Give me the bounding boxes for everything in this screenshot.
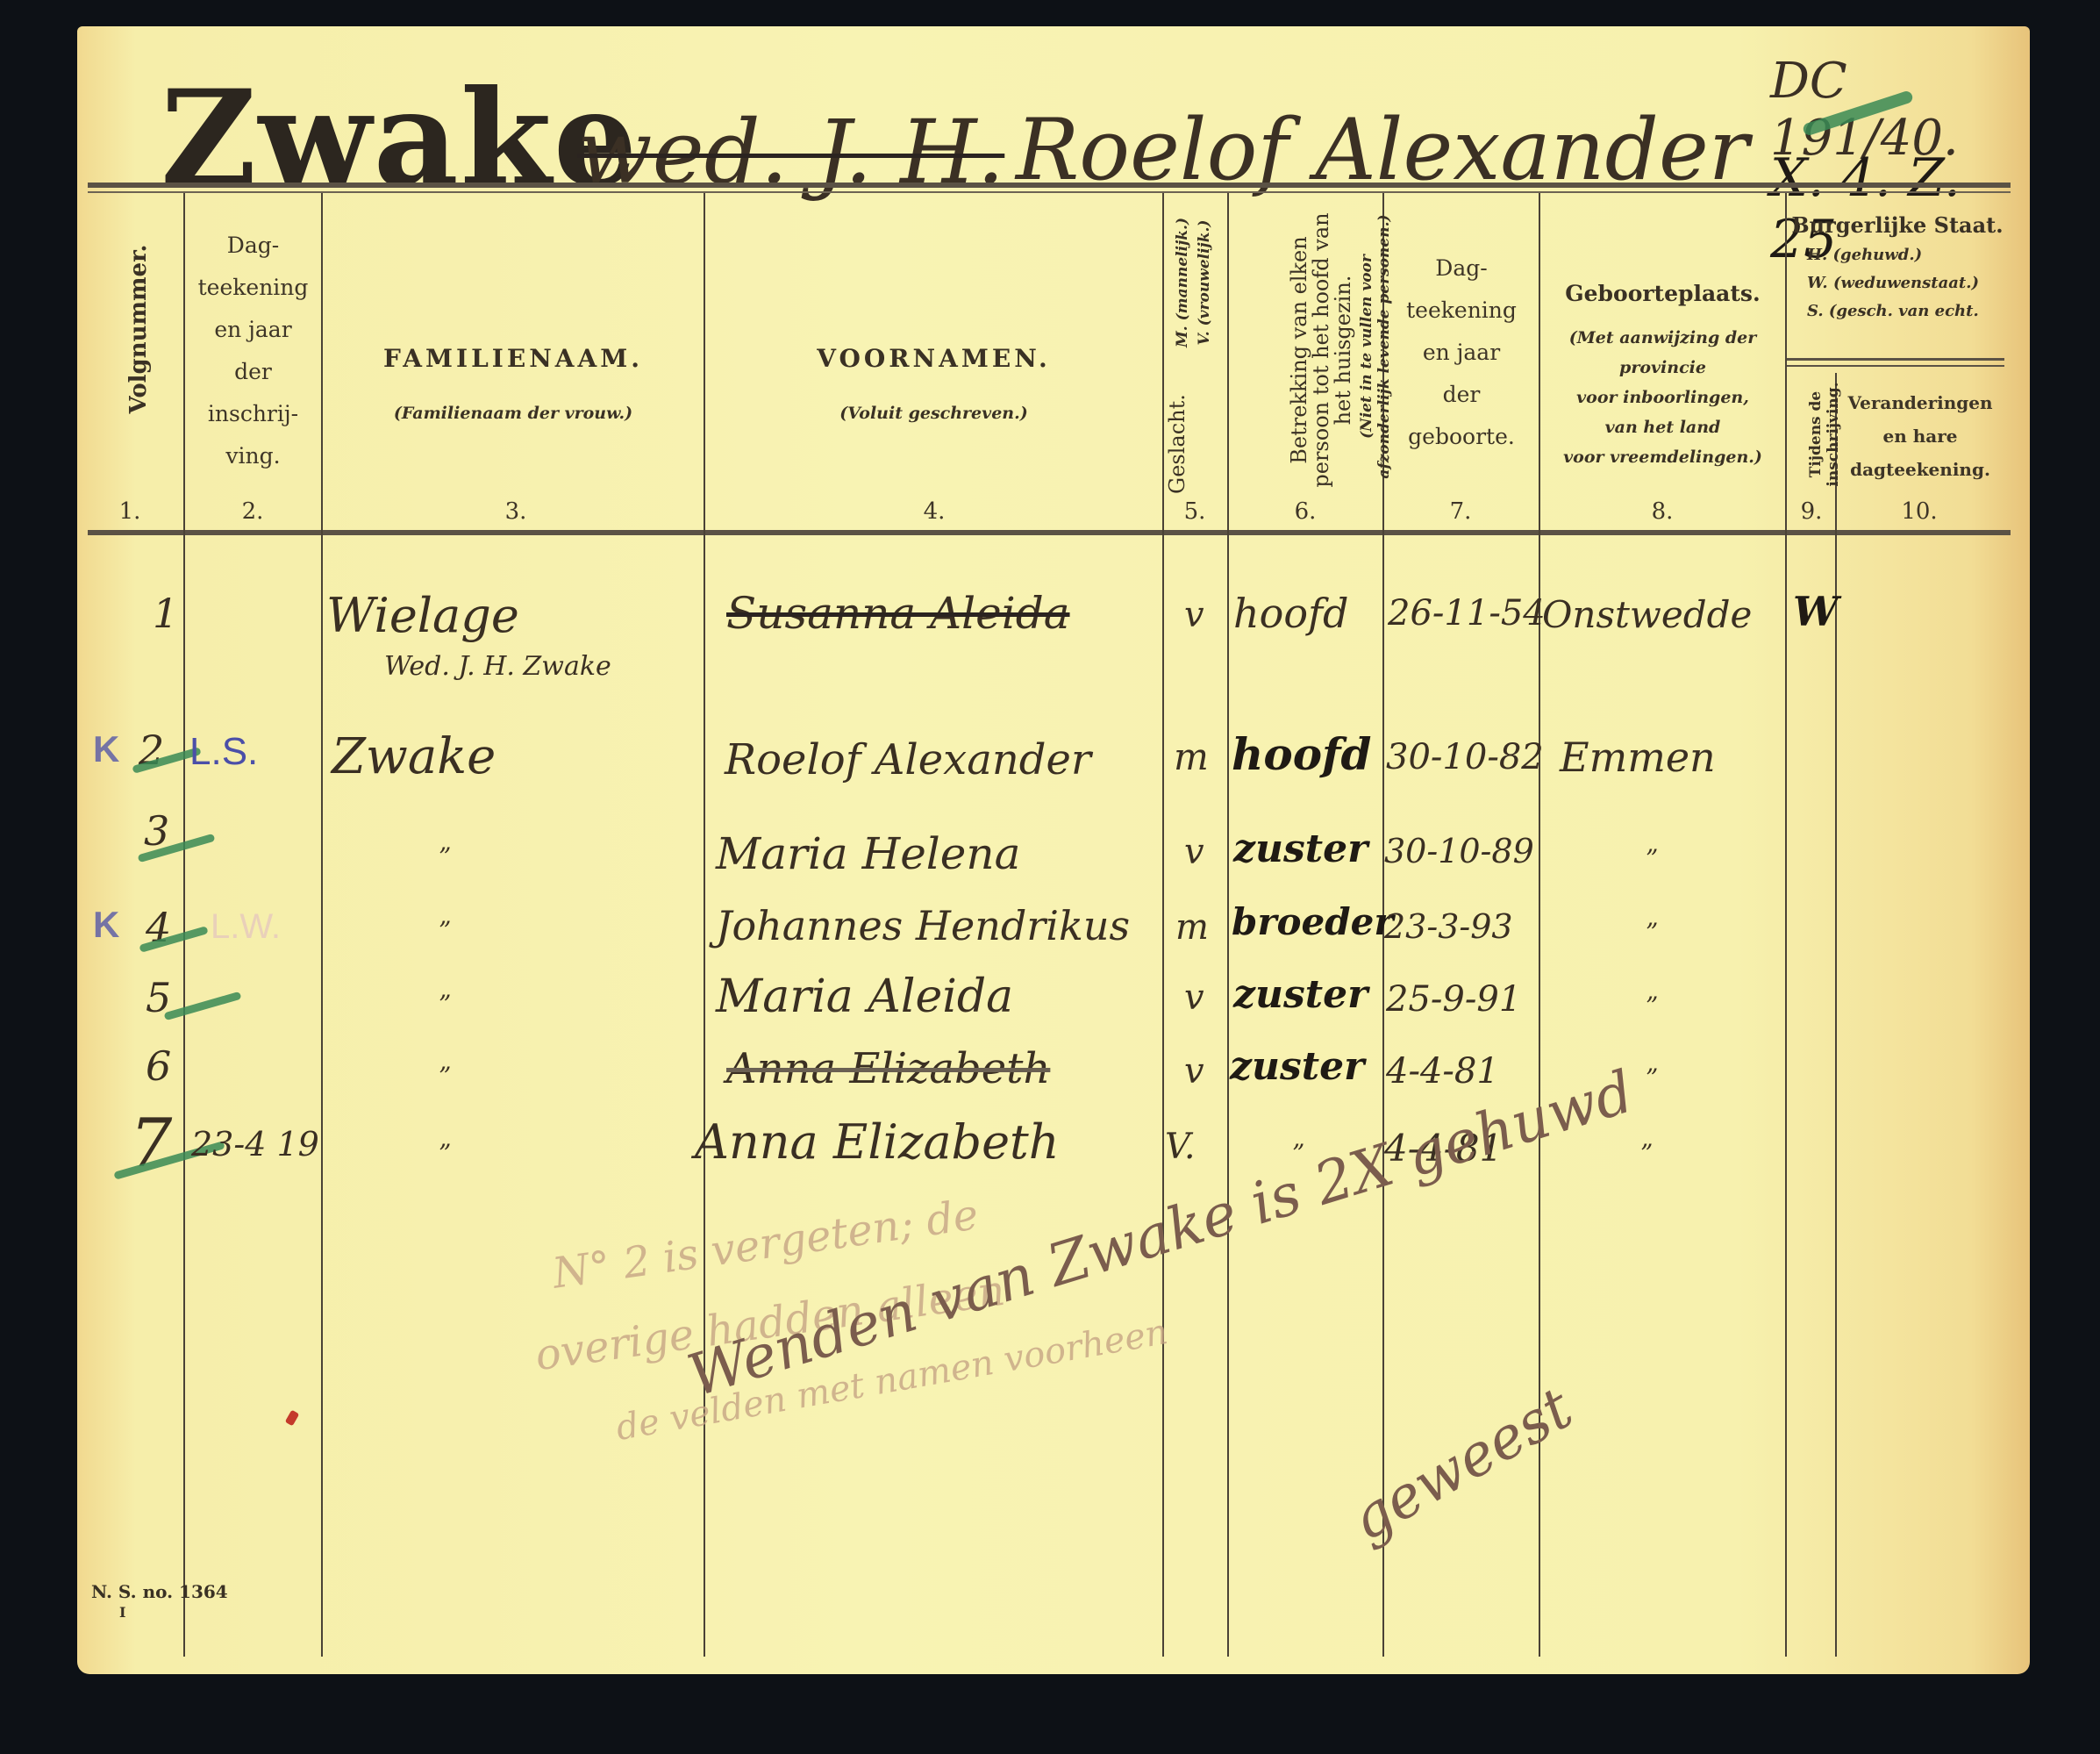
row6-sex: v: [1184, 1051, 1204, 1092]
row5-relation: zuster: [1233, 972, 1368, 1017]
colnum-5: 5.: [1168, 498, 1221, 525]
header-betrekking-3: het huisgezin.: [1331, 192, 1355, 508]
row1-place: Onstwedde: [1542, 593, 1752, 636]
header-familienaam-sub: (Familienaam der vrouw.): [323, 404, 704, 423]
header-status-s: S. (gesch. van echt.: [1807, 302, 1979, 320]
header-status-w: W. (weduwenstaat.): [1807, 274, 1979, 292]
row2-stamp: L.S.: [189, 730, 258, 774]
header-volgnummer: Volgnummer.: [125, 215, 152, 443]
row4-mark: K: [93, 904, 119, 946]
row4-family: ”: [439, 916, 451, 945]
col-divider-9: [1835, 373, 1837, 1657]
red-mark: [285, 1410, 300, 1427]
row2-first: Roelof Alexander: [725, 735, 1091, 784]
colnum-6: 6.: [1279, 498, 1332, 525]
header-betrekking-2: persoon tot het hoofd van: [1309, 192, 1333, 508]
burgerlijke-staat-rule: [1787, 358, 2004, 361]
header-betrekking-note-1: (Niet in te vullen voor: [1358, 189, 1375, 505]
header-burgerlijke-staat: Burgerlijke Staat.: [1788, 212, 2007, 238]
col-divider-8: [1785, 193, 1787, 1657]
header-geslacht: Geslacht.: [1165, 383, 1189, 505]
row6-born: 4-4-81: [1386, 1051, 1499, 1092]
row7-sex: V.: [1165, 1127, 1196, 1167]
header-geboorteplaats-sub: (Met aanwijzing derprovincievoor inboorl…: [1540, 323, 1785, 472]
header-geboorteplaats: Geboorteplaats.: [1540, 281, 1785, 306]
colnum-1: 1.: [104, 498, 156, 525]
row3-first: Maria Helena: [716, 828, 1020, 879]
header-status-h: H. (gehuwd.): [1807, 246, 1922, 264]
colnum-2: 2.: [218, 498, 288, 525]
header-voornamen-sub: (Voluit geschreven.): [705, 404, 1162, 423]
row1-first: Susanna Aleida: [726, 588, 1070, 639]
header-betrekking-1: Betrekking van elken: [1287, 192, 1311, 508]
colnum-8: 8.: [1636, 498, 1689, 525]
header-dagteekening-geboorte: Dag-teekeningen jaar dergeboorte.: [1384, 247, 1539, 458]
row1-born: 26-11-54: [1388, 593, 1546, 634]
row3-sex: v: [1184, 832, 1204, 872]
row4-born: 23-3-93: [1384, 907, 1513, 946]
form-code-sub: I: [119, 1604, 125, 1621]
row6-place: ”: [1646, 1063, 1658, 1092]
row2-family: Zwake: [332, 728, 496, 785]
colnum-10: 10.: [1884, 498, 1954, 525]
row1-family: Wielage: [326, 588, 519, 643]
row6-relation: zuster: [1230, 1044, 1364, 1089]
header-voornamen: VOORNAMEN.: [705, 344, 1162, 373]
form-code: N. S. no. 1364: [91, 1581, 228, 1602]
title-rule: [88, 183, 2011, 188]
colnum-9: 9.: [1788, 498, 1835, 525]
row2-mark: K: [93, 728, 119, 770]
header-rule: [88, 530, 2011, 535]
row5-born: 25-9-91: [1386, 979, 1521, 1020]
row3-family: ”: [439, 842, 451, 871]
row2-sex: m: [1174, 735, 1209, 778]
colnum-7: 7.: [1434, 498, 1487, 525]
row7-date: 23-4 19: [191, 1125, 319, 1163]
row1-sex: v: [1184, 595, 1204, 635]
row6-first: Anna Elizabeth: [726, 1044, 1050, 1093]
row2-place: Emmen: [1560, 734, 1716, 781]
row1-relation: hoofd: [1233, 590, 1349, 637]
header-dagteekening-inschrijving: Dag-teekeningen jaar derinschrij-ving.: [185, 225, 321, 477]
row7-first: Anna Elizabeth: [695, 1114, 1060, 1170]
colnum-3: 3.: [481, 498, 551, 525]
row4-first: Johannes Hendrikus: [716, 902, 1130, 949]
row7-family: ”: [439, 1139, 451, 1168]
col-divider-4: [1162, 193, 1164, 1657]
title-rule-2: [88, 191, 2011, 193]
row4-sex: m: [1175, 907, 1209, 948]
register-card: Zwake wed. J. H. Roelof Alexander DC 191…: [77, 26, 2030, 1674]
row5-first: Maria Aleida: [716, 970, 1013, 1023]
row5-family: ”: [439, 990, 451, 1019]
header-tijdens-1: Tijdens de: [1807, 373, 1825, 496]
row3-relation: zuster: [1233, 827, 1368, 871]
row3-place: ”: [1646, 844, 1658, 873]
row5-sex: v: [1184, 977, 1204, 1018]
title-struck-text: wed. J. H.: [577, 101, 1004, 204]
header-geslacht-m: M. (mannelijk.): [1174, 208, 1191, 357]
header-geslacht-v: V. (vrouwelijk.): [1196, 208, 1213, 357]
row4-relation: broeder: [1232, 900, 1393, 943]
row6-family: ”: [439, 1062, 451, 1091]
row7-place: ”: [1640, 1139, 1653, 1168]
row2-born: 30-10-82: [1386, 737, 1544, 777]
row4-place: ”: [1646, 918, 1658, 947]
col-divider-5: [1227, 193, 1229, 1657]
row6-nr: 6: [146, 1042, 171, 1090]
row2-relation: hoofd: [1232, 728, 1372, 780]
burgerlijke-staat-rule-2: [1787, 365, 2004, 367]
header-veranderingen: Veranderingenen haredagteekening.: [1837, 386, 2004, 486]
green-mark-row5: [164, 992, 242, 1020]
pencil-note-main-2: geweest: [1339, 1374, 1583, 1554]
row4-stamp: L.W.: [211, 907, 281, 947]
row1-nr: 1: [153, 590, 178, 637]
row3-born: 30-10-89: [1384, 832, 1534, 870]
header-familienaam: FAMILIENAAM.: [323, 344, 704, 373]
row1-family-note: Wed. J. H. Zwake: [384, 651, 611, 682]
row1-status: W: [1793, 588, 1839, 635]
row5-place: ”: [1646, 992, 1658, 1020]
colnum-4: 4.: [899, 498, 969, 525]
